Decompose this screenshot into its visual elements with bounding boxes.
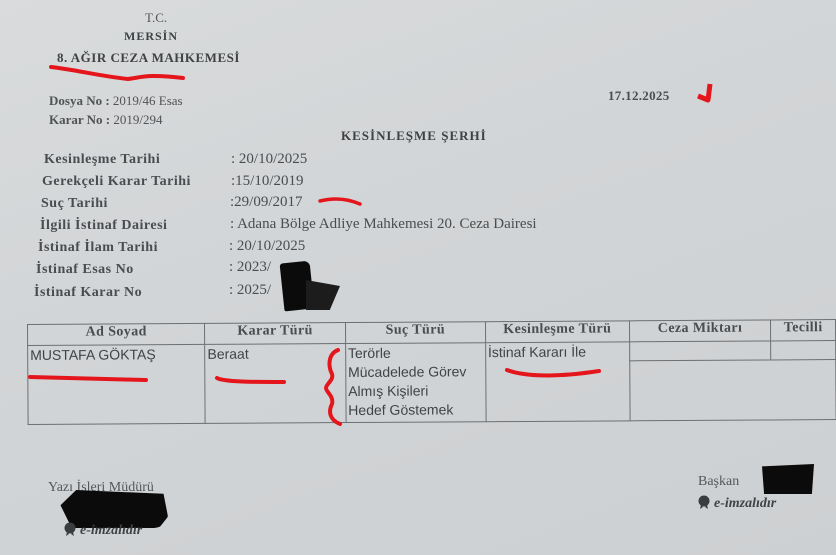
seal-icon: [697, 495, 711, 509]
esign-label: e-imzalıdır: [80, 523, 142, 538]
red-underline-mark: [48, 62, 188, 86]
document-title: KESİNLEŞME ŞERHİ: [341, 128, 487, 144]
col-kesinlesme-turu: Kesinleşme Türü: [485, 321, 629, 343]
col-tecilli: Tecilli: [771, 320, 836, 341]
suc-line: Terörle: [348, 343, 483, 363]
karar-no: Karar No : 2019/294: [49, 112, 163, 128]
dosya-no: Dosya No : 2019/46 Esas: [49, 93, 183, 109]
president-title: Başkan: [698, 474, 739, 490]
seal-icon: [63, 522, 77, 536]
col-ad-soyad: Ad Soyad: [28, 323, 205, 345]
field-label: Kesinleşme Tarihi: [44, 152, 160, 168]
red-karar-underline: [214, 374, 290, 386]
red-name-underline: [26, 372, 154, 386]
esign-label: e-imzalıdır: [714, 496, 776, 511]
president-esign: e-imzalıdır: [697, 495, 776, 512]
karar-value: 2019/294: [113, 112, 162, 127]
redaction-block: [306, 280, 340, 310]
clerk-esign: e-imzalıdır: [63, 522, 142, 539]
field-label: İlgili İstinaf Dairesi: [40, 218, 167, 234]
red-brace-mark: [322, 346, 344, 428]
cell-tecilli: [771, 341, 836, 360]
field-label: Suç Tarihi: [41, 196, 108, 212]
field-value: : 20/10/2025: [231, 151, 307, 168]
republic-header: T.C.: [145, 10, 167, 26]
document-photo: T.C. MERSİN 8. AĞIR CEZA MAHKEMESİ Dosya…: [0, 0, 836, 555]
red-kesinlesme-underline: [503, 366, 603, 382]
suc-line: Hedef Göstemek: [348, 400, 483, 420]
field-value: : 20/10/2025: [229, 238, 305, 255]
karar-label: Karar No :: [49, 112, 110, 127]
col-karar-turu: Karar Türü: [205, 323, 346, 345]
suc-line: Mücadelede Görev: [348, 362, 483, 382]
document-date: 17.12.2025: [608, 88, 670, 104]
field-value: :15/10/2019: [231, 173, 304, 190]
cell-suc-turu: Terörle Mücadelede Görev Almış Kişileri …: [345, 343, 486, 423]
redaction-block: [762, 464, 814, 494]
field-label: İstinaf Esas No: [36, 262, 134, 278]
col-ceza-miktari: Ceza Miktarı: [629, 320, 771, 342]
suc-line: Almış Kişileri: [348, 381, 483, 401]
red-date-mark: [318, 196, 364, 208]
field-value: : 2025/: [229, 282, 271, 299]
field-value: :29/09/2017: [230, 194, 303, 211]
city-header: MERSİN: [124, 29, 178, 44]
field-label: İstinaf Karar No: [34, 285, 142, 301]
dosya-label: Dosya No :: [49, 93, 110, 108]
field-label: Gerekçeli Karar Tarihi: [42, 174, 191, 190]
col-suc-turu: Suç Türü: [345, 322, 485, 344]
cell-empty: [629, 360, 836, 421]
cell-ceza-miktari: [629, 341, 771, 361]
dosya-value: 2019/46 Esas: [113, 93, 183, 108]
field-label: İstinaf İlam Tarihi: [38, 240, 158, 256]
field-value: : Adana Bölge Adliye Mahkemesi 20. Ceza …: [230, 216, 537, 233]
red-check-mark: [694, 80, 720, 108]
field-value: : 2023/: [229, 259, 271, 276]
